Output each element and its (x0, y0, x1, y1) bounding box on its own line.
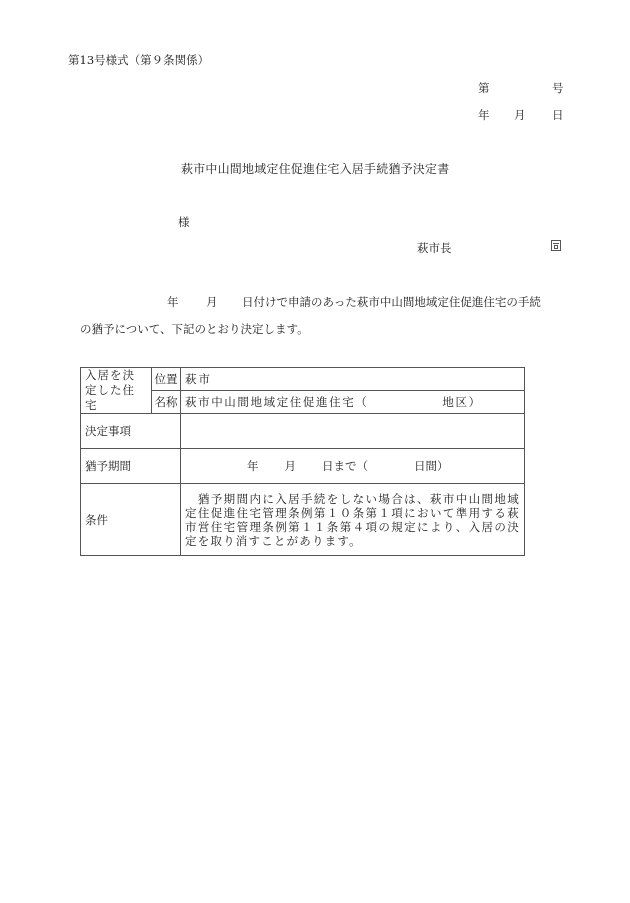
location-value: 萩市 (185, 372, 212, 386)
name-value-suffix: 地区） (442, 395, 481, 409)
decision-table: 入居を決定した住宅 位置 萩市 名称 萩市中山間地域定住促進住宅（地区） 決定事… (80, 367, 525, 556)
period-month: 月 (285, 459, 297, 473)
housing-label: 入居を決定した住宅 (85, 368, 135, 412)
decision-value-cell (181, 414, 525, 449)
seal-icon (551, 240, 561, 251)
period-until: 日まで（ (322, 459, 368, 473)
location-value-cell: 萩市 (181, 368, 525, 391)
doc-number-prefix: 第 (478, 80, 490, 96)
body-year: 年 (167, 294, 179, 310)
name-label: 名称 (155, 395, 178, 409)
housing-label-cell: 入居を決定した住宅 (81, 368, 152, 414)
issuer-name: 萩市長 (417, 240, 452, 256)
period-days: 日間） (414, 459, 449, 473)
period-value-cell: 年月日まで（日間） (181, 449, 525, 484)
condition-label-cell: 条件 (81, 484, 181, 556)
decision-label-cell: 決定事項 (81, 414, 181, 449)
name-label-cell: 名称 (152, 391, 181, 414)
body-month: 月 (206, 294, 218, 310)
doc-number-suffix: 号 (552, 80, 564, 96)
period-label: 猶予期間 (85, 459, 131, 473)
period-year: 年 (247, 459, 259, 473)
body-line-2: の猶予について、下記のとおり決定します。 (80, 321, 309, 337)
name-value-cell: 萩市中山間地域定住促進住宅（地区） (181, 391, 525, 414)
condition-text: 猶予期間内に入居手続をしない場合は、萩市中山間地域定住促進住宅管理条例第１０条第… (181, 484, 525, 556)
addressee-suffix: 様 (178, 214, 190, 230)
location-label: 位置 (155, 372, 178, 386)
condition-label: 条件 (85, 513, 108, 527)
body-line-1-text: 日付けで申請のあった萩市中山間地域定住促進住宅の手続 (242, 294, 541, 310)
date-month: 月 (514, 107, 526, 123)
location-label-cell: 位置 (152, 368, 181, 391)
name-value-prefix: 萩市中山間地域定住促進住宅（ (185, 395, 368, 409)
date-day: 日 (552, 107, 564, 123)
date-year: 年 (478, 107, 490, 123)
period-label-cell: 猶予期間 (81, 449, 181, 484)
decision-label: 決定事項 (85, 424, 131, 438)
document-title: 萩市中山間地域定住促進住宅入居手続猶予決定書 (181, 160, 449, 177)
form-number: 第13号様式（第９条関係） (68, 52, 209, 68)
